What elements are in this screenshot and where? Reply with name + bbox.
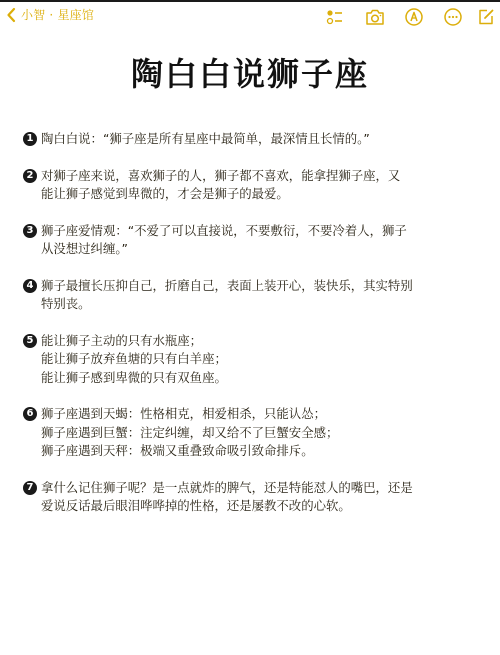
camera-icon[interactable]	[364, 6, 386, 28]
item-line: 对狮子座来说，喜欢狮子的人，狮子都不喜欢，能拿捏狮子座，又	[41, 167, 473, 186]
compose-icon[interactable]	[475, 6, 497, 28]
list-item: 3 狮子座爱情观：“不爱了可以直接说，不要敷衍，不要冷着人，狮子 从没想过纠缠。…	[23, 222, 473, 259]
more-icon[interactable]	[442, 6, 464, 28]
item-line: 从没想过纠缠。”	[41, 240, 473, 259]
item-line: 狮子最擅长压抑自己，折磨自己，表面上装开心，装快乐，其实特别	[41, 277, 473, 296]
number-badge: 1	[23, 132, 37, 146]
markup-pen-icon[interactable]	[403, 6, 425, 28]
item-line: 狮子座遇到巨蟹：注定纠缠，却又给不了巨蟹安全感；	[41, 424, 473, 443]
item-line: 狮子座爱情观：“不爱了可以直接说，不要敷衍，不要冷着人，狮子	[41, 222, 473, 241]
list-item: 7 拿什么记住狮子呢？是一点就炸的脾气，还是特能怼人的嘴巴，还是 爱说反话最后眼…	[23, 479, 473, 516]
item-line: 狮子座遇到天蝎：性格相克，相爱相杀，只能认怂；	[41, 405, 473, 424]
toolbar-icons	[0, 6, 500, 28]
item-line: 狮子座遇到天秤：极端又重叠致命吸引致命排斥。	[41, 442, 473, 461]
list-item: 2 对狮子座来说，喜欢狮子的人，狮子都不喜欢，能拿捏狮子座，又 能让狮子感觉到卑…	[23, 167, 473, 204]
list-item: 1 陶白白说：“狮子座是所有星座中最简单，最深情且长情的。”	[23, 130, 473, 149]
navigation-bar: 小智 · 星座馆	[0, 2, 500, 30]
number-badge: 6	[23, 407, 37, 421]
number-badge: 3	[23, 224, 37, 238]
item-line: 拿什么记住狮子呢？是一点就炸的脾气，还是特能怼人的嘴巴，还是	[41, 479, 473, 498]
note-title: 陶白白说狮子座	[0, 52, 500, 96]
number-badge: 2	[23, 169, 37, 183]
item-line: 能让狮子放弃鱼塘的只有白羊座；	[41, 350, 473, 369]
note-body: 1 陶白白说：“狮子座是所有星座中最简单，最深情且长情的。” 2 对狮子座来说，…	[23, 130, 473, 534]
item-line: 爱说反话最后眼泪哗哗掉的性格，还是屡教不改的心软。	[41, 497, 473, 516]
number-badge: 4	[23, 279, 37, 293]
item-line: 能让狮子主动的只有水瓶座；	[41, 332, 473, 351]
number-badge: 7	[23, 481, 37, 495]
item-line: 能让狮子感到卑微的只有双鱼座。	[41, 369, 473, 388]
list-item: 5 能让狮子主动的只有水瓶座； 能让狮子放弃鱼塘的只有白羊座； 能让狮子感到卑微…	[23, 332, 473, 388]
item-line: 特别丧。	[41, 295, 473, 314]
checklist-icon[interactable]	[324, 6, 346, 28]
item-line: 陶白白说：“狮子座是所有星座中最简单，最深情且长情的。”	[41, 130, 473, 149]
item-line: 能让狮子感觉到卑微的，才会是狮子的最爱。	[41, 185, 473, 204]
number-badge: 5	[23, 334, 37, 348]
list-item: 4 狮子最擅长压抑自己，折磨自己，表面上装开心，装快乐，其实特别 特别丧。	[23, 277, 473, 314]
list-item: 6 狮子座遇到天蝎：性格相克，相爱相杀，只能认怂； 狮子座遇到巨蟹：注定纠缠，却…	[23, 405, 473, 461]
